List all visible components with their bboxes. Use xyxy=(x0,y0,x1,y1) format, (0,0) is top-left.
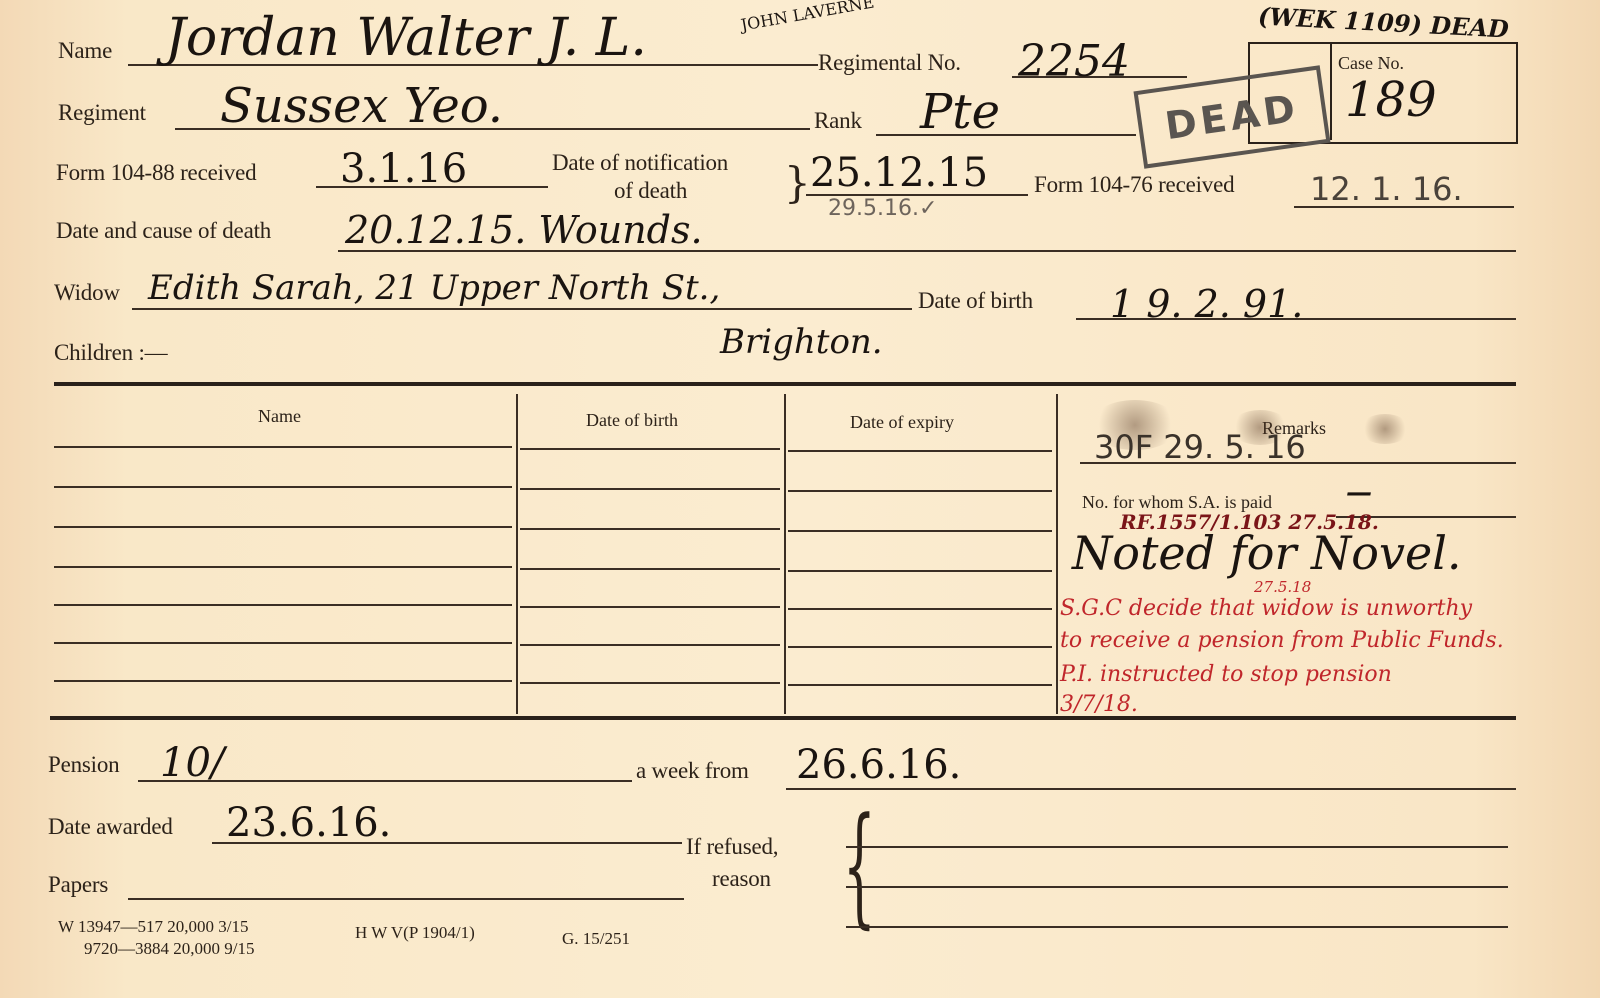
name-value: Jordan Walter J. L. xyxy=(165,8,647,68)
table-row xyxy=(54,526,512,528)
pension-value: 10/ xyxy=(160,740,224,786)
regiment-label: Regiment xyxy=(58,100,146,126)
case-no-label: Case No. xyxy=(1338,53,1404,74)
refused-brace: { xyxy=(843,800,876,930)
regimental-no-value: 2254 xyxy=(1018,36,1130,87)
widow-dob-label: Date of birth xyxy=(918,288,1033,314)
remarks-noted-date: 27.5.18 xyxy=(1254,578,1311,596)
widow-dob-value: 1 9. 2. 91. xyxy=(1110,282,1303,326)
table-row xyxy=(520,448,780,450)
table-row xyxy=(520,568,780,570)
pension-record-card: (WEK 1109) DEAD Name Jordan Walter J. L.… xyxy=(0,0,1600,998)
table-top-rule xyxy=(54,382,1516,386)
top-annotation: (WEK 1109) DEAD xyxy=(1257,1,1509,43)
table-header-name: Name xyxy=(258,406,301,427)
date-awarded-label: Date awarded xyxy=(48,814,173,840)
notification-brace: } xyxy=(784,158,811,207)
rank-line xyxy=(876,134,1136,136)
table-row xyxy=(520,606,780,608)
refused-line-1 xyxy=(846,846,1508,848)
table-row xyxy=(54,486,512,488)
table-col-divider-3 xyxy=(1056,394,1058,714)
notification-label-2: of death xyxy=(614,178,687,204)
table-row xyxy=(788,570,1052,572)
table-row xyxy=(54,446,512,448)
form-104-76-label: Form 104-76 received xyxy=(1034,172,1234,198)
table-row xyxy=(520,644,780,646)
table-col-divider-1 xyxy=(516,394,518,714)
death-value: 20.12.15. Wounds. xyxy=(345,208,703,252)
table-row xyxy=(54,680,512,682)
rank-value: Pte xyxy=(920,84,1000,140)
remarks-red-line-1: S.G.C decide that widow is unworthy xyxy=(1060,596,1472,621)
case-no-value: 189 xyxy=(1345,72,1437,128)
case-box-divider xyxy=(1330,44,1332,140)
regimental-no-label: Regimental No. xyxy=(818,50,961,76)
notification-value: 25.12.15 xyxy=(810,150,988,196)
widow-value: Edith Sarah, 21 Upper North St., xyxy=(148,268,720,308)
widow-label: Widow xyxy=(54,280,120,306)
sa-value: — xyxy=(1346,478,1372,508)
form-104-76-value: 12. 1. 16. xyxy=(1310,170,1463,208)
footer-print-line-1: W 13947—517 20,000 3/15 xyxy=(58,916,248,937)
remarks-red-line-3: P.I. instructed to stop pension xyxy=(1060,662,1392,687)
table-header-expiry: Date of expiry xyxy=(850,412,954,433)
footer-print-hwv: H W V(P 1904/1) xyxy=(355,922,475,943)
pension-label: Pension xyxy=(48,752,119,778)
refused-line-2 xyxy=(846,886,1508,888)
date-awarded-value: 23.6.16. xyxy=(226,800,391,846)
table-row xyxy=(788,450,1052,452)
table-row xyxy=(788,530,1052,532)
remarks-entry-1: 30F 29. 5. 16 xyxy=(1094,428,1306,466)
table-bottom-rule xyxy=(50,716,1516,720)
widow-value-line2: Brighton. xyxy=(720,322,883,362)
remarks-red-line-2: to receive a pension from Public Funds. xyxy=(1060,628,1504,653)
refused-label-1: If refused, xyxy=(686,834,778,860)
name-annotation: JOHN LAVERNE xyxy=(739,0,875,35)
death-label: Date and cause of death xyxy=(56,218,271,244)
table-row xyxy=(520,488,780,490)
children-label: Children :— xyxy=(54,340,167,366)
table-row xyxy=(788,490,1052,492)
notification-label-1: Date of notification xyxy=(552,150,728,176)
notification-secondary-value: 29.5.16.✓ xyxy=(828,196,937,221)
remarks-noted: Noted for Novel. xyxy=(1072,526,1462,580)
table-row xyxy=(788,684,1052,686)
widow-line xyxy=(132,308,912,310)
table-row xyxy=(520,682,780,684)
footer-print-line-2: 9720—3884 20,000 9/15 xyxy=(84,938,254,959)
table-row xyxy=(54,642,512,644)
remarks-red-line-4: 3/7/18. xyxy=(1060,692,1138,717)
table-row xyxy=(788,646,1052,648)
table-row xyxy=(54,566,512,568)
name-label: Name xyxy=(58,38,112,64)
table-row xyxy=(520,528,780,530)
rank-label: Rank xyxy=(814,108,862,134)
papers-label: Papers xyxy=(48,872,108,898)
table-row xyxy=(788,608,1052,610)
ink-smudge xyxy=(1360,414,1410,444)
form-104-88-value: 3.1.16 xyxy=(340,146,467,192)
regiment-value: Sussex Yeo. xyxy=(220,78,503,134)
week-from-value: 26.6.16. xyxy=(796,742,961,788)
week-from-label: a week from xyxy=(636,758,749,784)
refused-label-2: reason xyxy=(712,866,771,892)
table-row xyxy=(54,604,512,606)
form-104-88-label: Form 104-88 received xyxy=(56,160,256,186)
footer-print-g: G. 15/251 xyxy=(562,928,630,949)
dead-stamp: DEAD xyxy=(1133,65,1330,168)
refused-line-3 xyxy=(846,926,1508,928)
papers-line xyxy=(128,898,684,900)
week-from-line xyxy=(786,788,1516,790)
table-col-divider-2 xyxy=(784,394,786,714)
table-header-dob: Date of birth xyxy=(586,410,678,431)
